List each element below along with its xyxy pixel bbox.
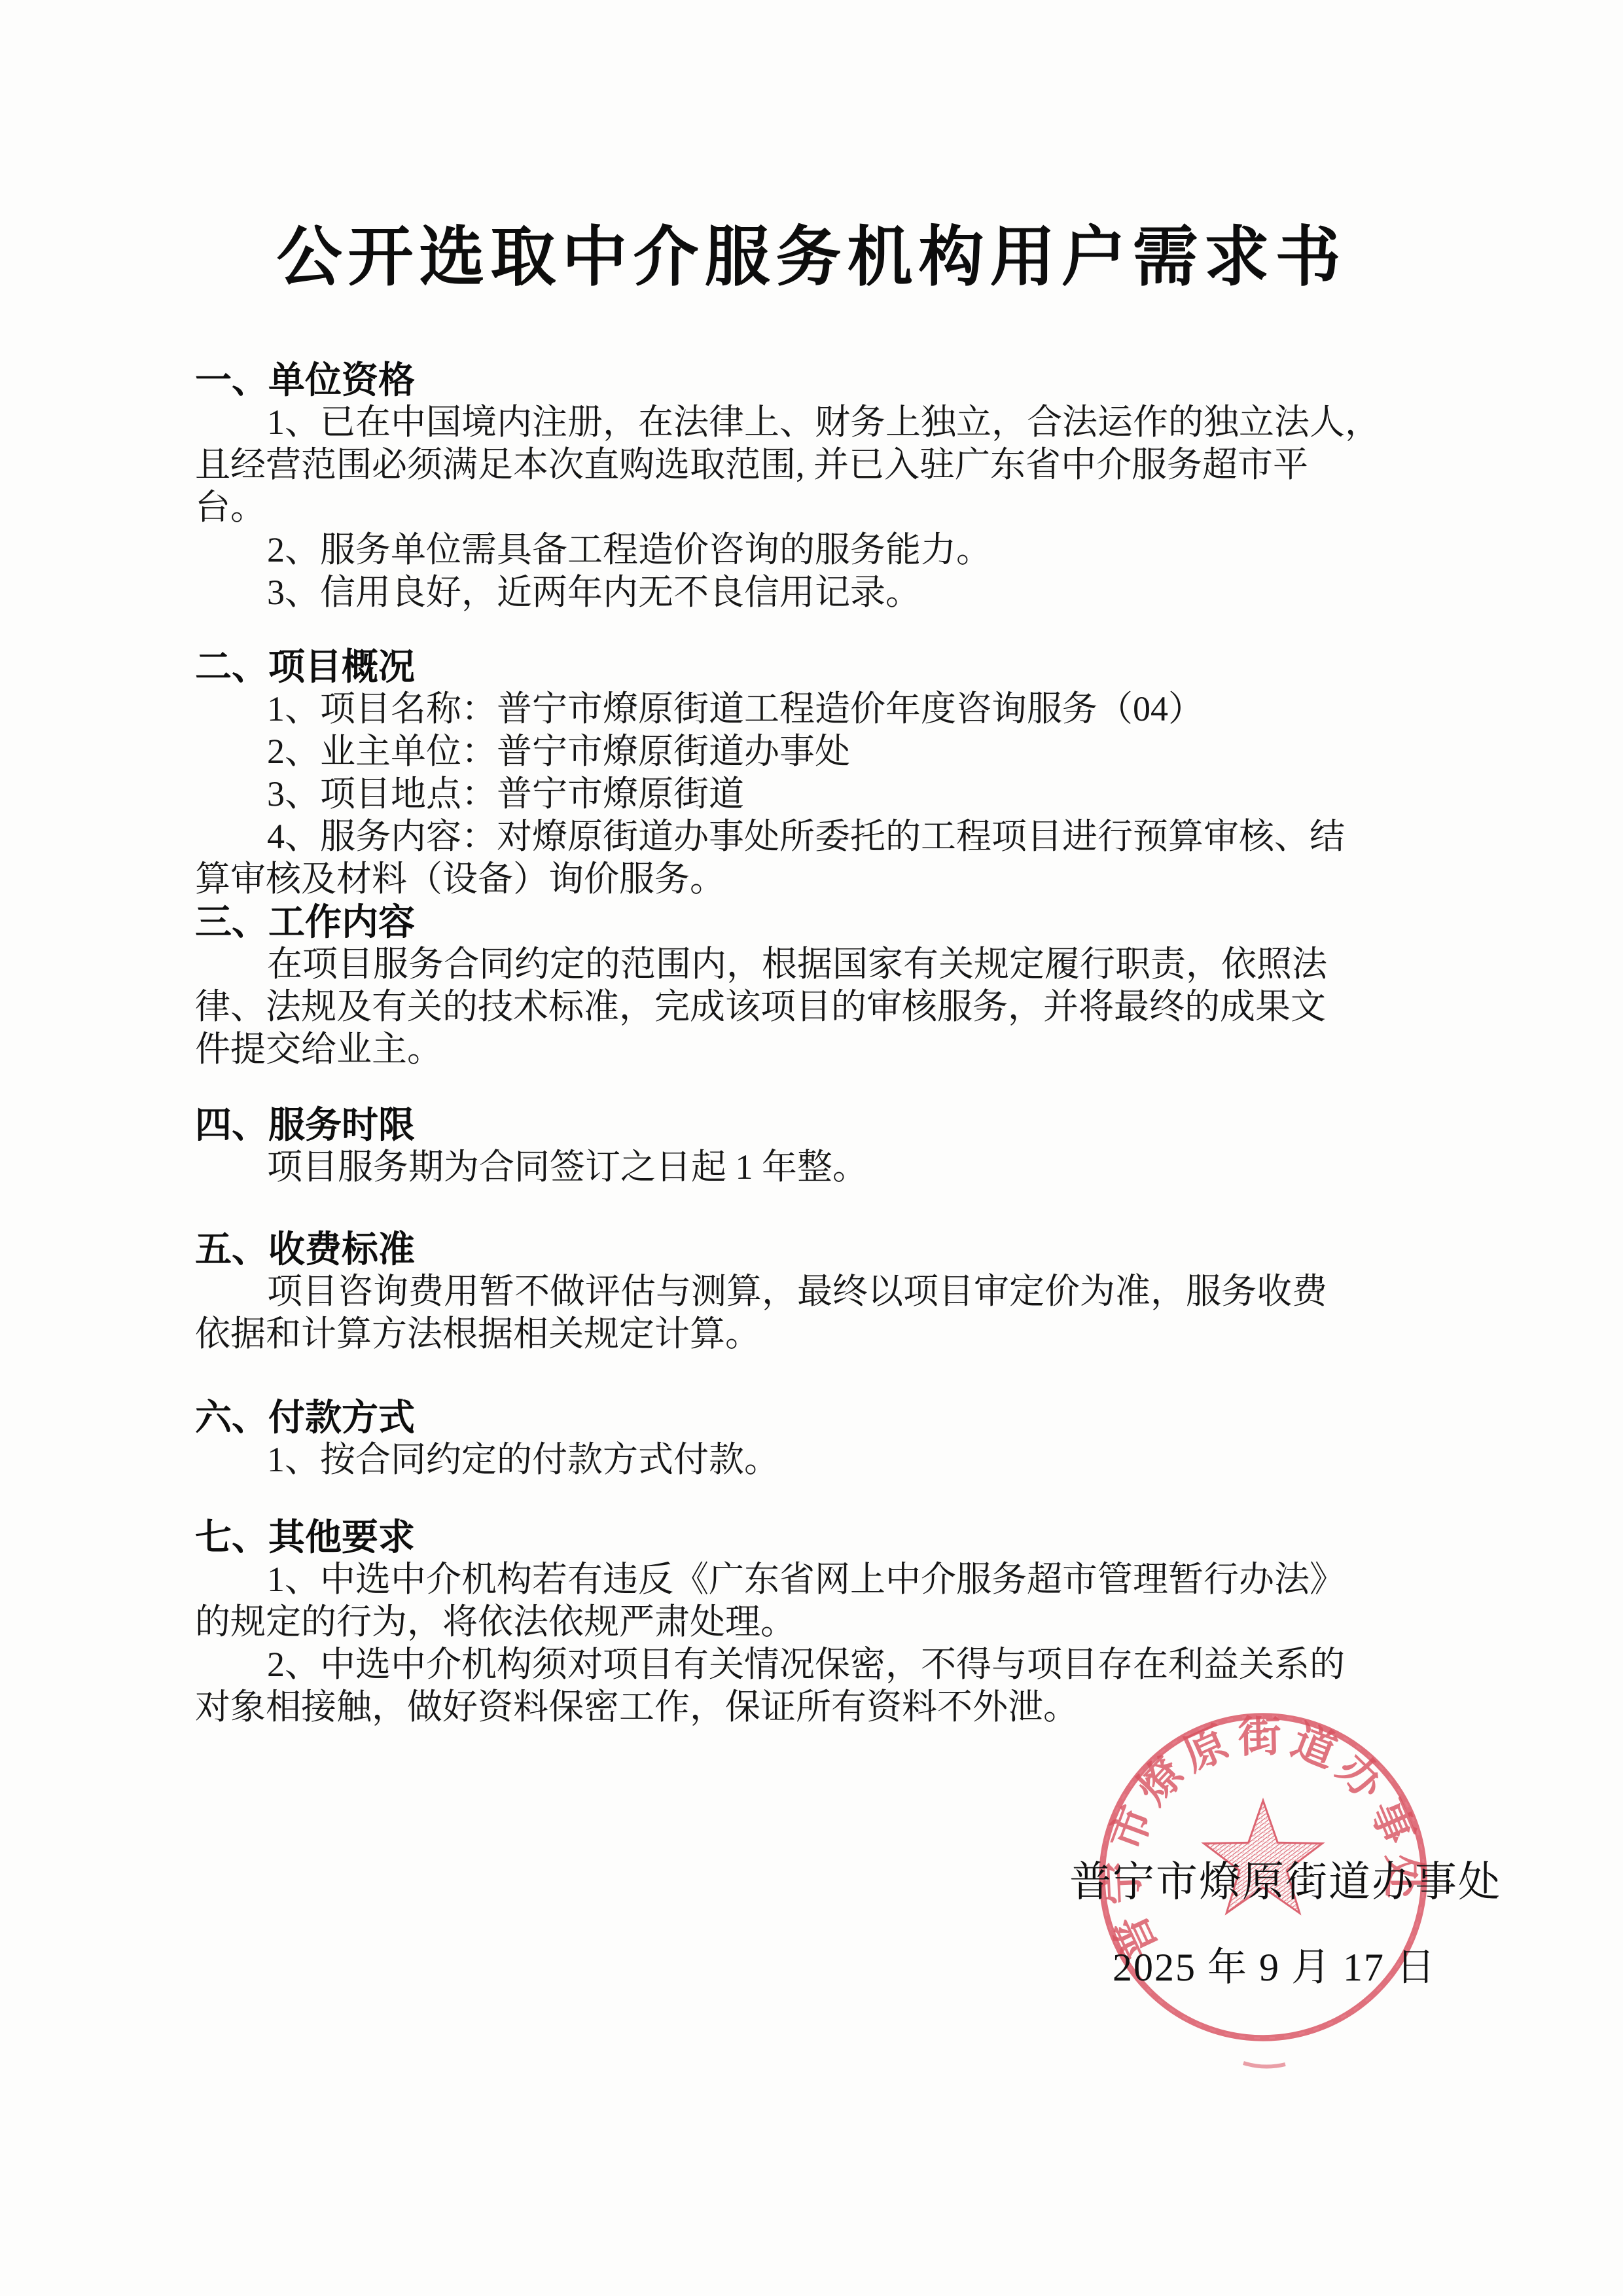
paragraph-line: 且经营范围必须满足本次直购选取范围, 并已入驻广东省中介服务超市平	[195, 444, 1435, 486]
section-heading: 六、付款方式	[195, 1396, 1435, 1439]
paragraph-line: 1、项目名称：普宁市燎原街道工程造价年度咨询服务（04）	[195, 688, 1435, 730]
section-heading: 七、其他要求	[195, 1516, 1435, 1558]
signature-date: 2025 年 9 月 17 日	[1113, 1945, 1436, 1990]
paragraph-line: 1、中选中介机构若有违反《广东省网上中介服务超市管理暂行办法》	[195, 1558, 1435, 1601]
paragraph-line: 项目咨询费用暂不做评估与测算，最终以项目审定价为准，服务收费	[195, 1270, 1435, 1313]
paragraph-line: 2、业主单位：普宁市燎原街道办事处	[195, 730, 1435, 773]
section-heading: 四、服务时限	[195, 1103, 1435, 1146]
seal-arc-text: 普宁市燎原街道办事处	[1097, 1712, 1428, 1967]
seal-ink-smudge	[1243, 2063, 1285, 2067]
paragraph-line: 在项目服务合同约定的范围内，根据国家有关规定履行职责，依照法	[195, 943, 1435, 986]
section-service-period: 四、服务时限 项目服务期为合同签订之日起 1 年整。	[195, 1103, 1435, 1189]
scanned-document-page: 公开选取中介服务机构用户需求书 一、单位资格 1、已在中国境内注册，在法律上、财…	[0, 0, 1623, 2296]
paragraph-line: 2、中选中介机构须对项目有关情况保密，不得与项目存在利益关系的	[195, 1643, 1435, 1686]
section-heading: 二、项目概况	[195, 645, 1435, 688]
paragraph-line: 3、项目地点：普宁市燎原街道	[195, 773, 1435, 816]
paragraph-line: 3、信用良好，近两年内无不良信用记录。	[195, 571, 1435, 614]
paragraph-line: 4、服务内容：对燎原街道办事处所委托的工程项目进行预算审核、结	[195, 816, 1435, 858]
section-payment-method: 六、付款方式 1、按合同约定的付款方式付款。	[195, 1396, 1435, 1481]
paragraph-line: 台。	[195, 486, 1435, 529]
paragraph-line: 依据和计算方法根据相关规定计算。	[195, 1313, 1435, 1355]
section-fee-standard: 五、收费标准 项目咨询费用暂不做评估与测算，最终以项目审定价为准，服务收费 依据…	[195, 1228, 1435, 1355]
signature-organization: 普宁市燎原街道办事处	[1069, 1859, 1501, 1906]
section-heading: 三、工作内容	[195, 901, 1435, 943]
paragraph-line: 对象相接触，做好资料保密工作，保证所有资料不外泄。	[195, 1686, 1435, 1729]
section-other-requirements: 七、其他要求 1、中选中介机构若有违反《广东省网上中介服务超市管理暂行办法》 的…	[195, 1516, 1435, 1729]
paragraph-line: 2、服务单位需具备工程造价咨询的服务能力。	[195, 529, 1435, 571]
section-unit-qualification: 一、单位资格 1、已在中国境内注册，在法律上、财务上独立，合法运作的独立法人， …	[195, 359, 1435, 614]
paragraph-line: 算审核及材料（设备）询价服务。	[195, 858, 1435, 901]
paragraph-line: 的规定的行为，将依法依规严肃处理。	[195, 1601, 1435, 1643]
section-heading: 五、收费标准	[195, 1228, 1435, 1270]
section-project-overview: 二、项目概况 1、项目名称：普宁市燎原街道工程造价年度咨询服务（04） 2、业主…	[195, 645, 1435, 901]
paragraph-line: 件提交给业主。	[195, 1028, 1435, 1071]
paragraph-line: 项目服务期为合同签订之日起 1 年整。	[195, 1146, 1435, 1189]
document-title: 公开选取中介服务机构用户需求书	[0, 204, 1623, 298]
document-body: 一、单位资格 1、已在中国境内注册，在法律上、财务上独立，合法运作的独立法人， …	[195, 359, 1435, 1729]
paragraph-line: 律、法规及有关的技术标准，完成该项目的审核服务，并将最终的成果文	[195, 986, 1435, 1028]
section-heading: 一、单位资格	[195, 359, 1435, 401]
paragraph-line: 1、按合同约定的付款方式付款。	[195, 1439, 1435, 1481]
section-work-content: 三、工作内容 在项目服务合同约定的范围内，根据国家有关规定履行职责，依照法 律、…	[195, 901, 1435, 1071]
paragraph-line: 1、已在中国境内注册，在法律上、财务上独立，合法运作的独立法人，	[195, 401, 1435, 444]
